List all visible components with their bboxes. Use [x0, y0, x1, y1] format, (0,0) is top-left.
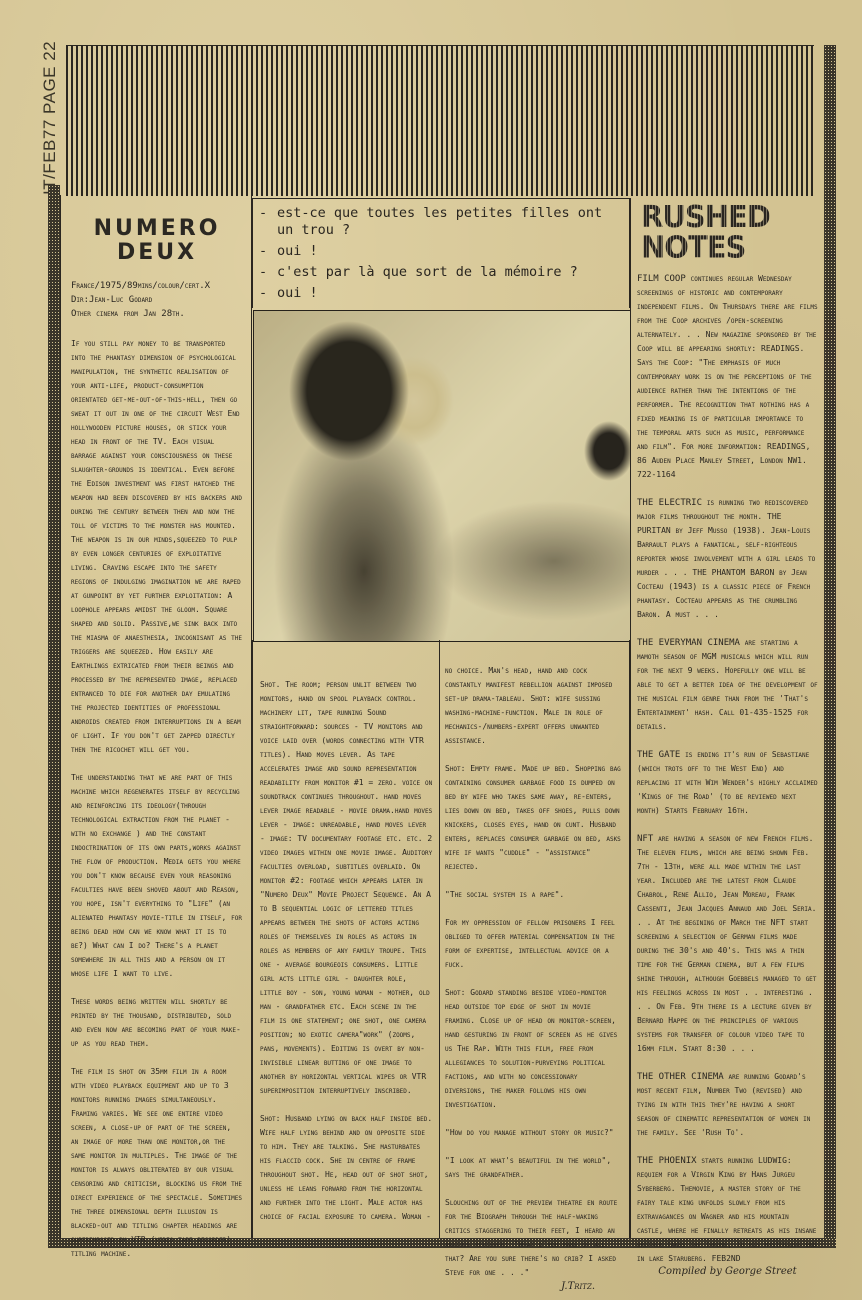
review-column-3: no choice. Man's head, hand and cock con… [440, 640, 630, 1238]
notes-item: THE ELECTRIC is running two rediscovered… [637, 496, 818, 622]
halftone-border-left [48, 185, 60, 1240]
rushed-notes-title-line: NOTES [641, 232, 818, 262]
dialogue-line: - oui ! [259, 243, 623, 260]
dialogue-line: - oui ! [259, 285, 623, 302]
notes-item: THE GATE is ending it's run of Sebastian… [637, 748, 818, 818]
masthead-title: R U S H E S [66, 45, 814, 196]
dialogue-text: est-ce que toutes les petites filles ont… [277, 205, 623, 239]
film-screening: Other cinema from Jan 28th. [71, 307, 243, 321]
issue-page-label: IT/FEB77 PAGE 22 [40, 41, 60, 195]
venue-name: THE EVERYMAN CINEMA [637, 638, 740, 648]
notes-item: THE EVERYMAN CINEMA are starting a mamot… [637, 636, 818, 734]
dialogue-dash: - [259, 205, 277, 239]
review-column-2: Shot. The room; person unlit between two… [252, 640, 440, 1238]
review-title: NUMERO DEUX [71, 217, 243, 265]
masthead-letter: E [652, 45, 749, 196]
review-paragraph: "How do you manage without story or musi… [445, 1126, 623, 1140]
venue-name: THE OTHER CINEMA [637, 1072, 724, 1082]
notes-item: FILM COOP continues regular Wednesday sc… [637, 272, 818, 482]
review-column-1: NUMERO DEUX France/1975/89mins/colour/ce… [60, 195, 252, 1238]
masthead-letter: S [369, 45, 471, 196]
dialogue-text: oui ! [277, 285, 318, 302]
masthead-letter: R [81, 45, 190, 196]
venue-name: NFT [637, 834, 653, 844]
dialogue-text: c'est par là que sort de la mémoire ? [277, 264, 578, 281]
review-title-line: DEUX [71, 241, 243, 265]
notes-text: is running two rediscovered major films … [637, 498, 815, 619]
dialogue-text: oui ! [277, 243, 318, 260]
review-paragraph: The film is shot on 35mm film in a room … [71, 1065, 243, 1261]
rushed-notes-title-line: RUSHED [641, 202, 818, 232]
notes-item: NFT are having a season of new French fi… [637, 832, 818, 1056]
notes-item: THE PHOENIX starts running LUDWIG: requi… [637, 1154, 818, 1266]
notes-text: are starting a mamoth season of MGM musi… [637, 638, 818, 731]
compiled-by-signature: Compiled by George Street [637, 1266, 818, 1277]
review-paragraph: Shot. The room; person unlit between two… [260, 678, 433, 1098]
film-details: France/1975/89mins/colour/cert.X [71, 279, 243, 293]
review-paragraph: "I look at what's beautiful in the world… [445, 1154, 623, 1182]
dialogue-dash: - [259, 264, 277, 281]
review-paragraph: For my oppression of fellow prisoners I … [445, 916, 623, 972]
review-paragraph: Shot: Empty frame. Made up bed. Shopping… [445, 762, 623, 874]
venue-name: THE GATE [637, 750, 680, 760]
review-paragraph: The understanding that we are part of th… [71, 771, 243, 981]
dialogue-line: - est-ce que toutes les petites filles o… [259, 205, 623, 239]
rushed-notes-title: RUSHED NOTES [641, 202, 818, 263]
review-title-line: NUMERO [71, 217, 243, 241]
dialogue-dash: - [259, 243, 277, 260]
dialogue-line: - c'est par là que sort de la mémoire ? [259, 264, 623, 281]
masthead-letter: S [777, 45, 814, 196]
masthead-letter: H [502, 45, 621, 196]
dialogue-dash: - [259, 285, 277, 302]
notes-text: are having a season of new French films.… [637, 834, 816, 1053]
rushed-notes-body: FILM COOP continues regular Wednesday sc… [637, 272, 818, 1266]
notes-text: continues regular Wednesday screenings o… [637, 274, 818, 479]
rushed-notes-column: RUSHED NOTES FILM COOP continues regular… [630, 198, 824, 1238]
venue-name: FILM COOP [637, 274, 686, 284]
review-paragraph: no choice. Man's head, hand and cock con… [445, 664, 623, 748]
notes-text: starts running LUDWIG: requiem for a Vir… [637, 1156, 816, 1263]
review-paragraph: Shot: Godard standing beside video-monit… [445, 986, 623, 1112]
film-still-photo [253, 310, 631, 642]
review-paragraph: Slouching out of the preview theatre en … [445, 1196, 623, 1280]
notes-item: THE OTHER CINEMA are running Godard's mo… [637, 1070, 818, 1140]
film-dialogue: - est-ce que toutes les petites filles o… [252, 198, 630, 308]
author-signature: J.Tritz. [445, 1280, 623, 1294]
venue-name: THE ELECTRIC [637, 498, 702, 508]
halftone-border-right [824, 45, 836, 1240]
venue-name: THE PHOENIX [637, 1156, 697, 1166]
masthead-letter: U [223, 45, 339, 196]
review-paragraph: These words being written will shortly b… [71, 995, 243, 1051]
masthead: R U S H E S [66, 45, 814, 196]
film-credits: France/1975/89mins/colour/cert.X Dir:Jea… [71, 279, 243, 321]
review-paragraph: Shot: Husband lying on back half inside … [260, 1112, 433, 1224]
review-paragraph: "The social system is a rape". [445, 888, 623, 902]
film-director: Dir:Jean-Luc Godard [71, 293, 243, 307]
review-body: If you still pay money to be transported… [71, 337, 243, 1261]
review-paragraph: If you still pay money to be transported… [71, 337, 243, 757]
